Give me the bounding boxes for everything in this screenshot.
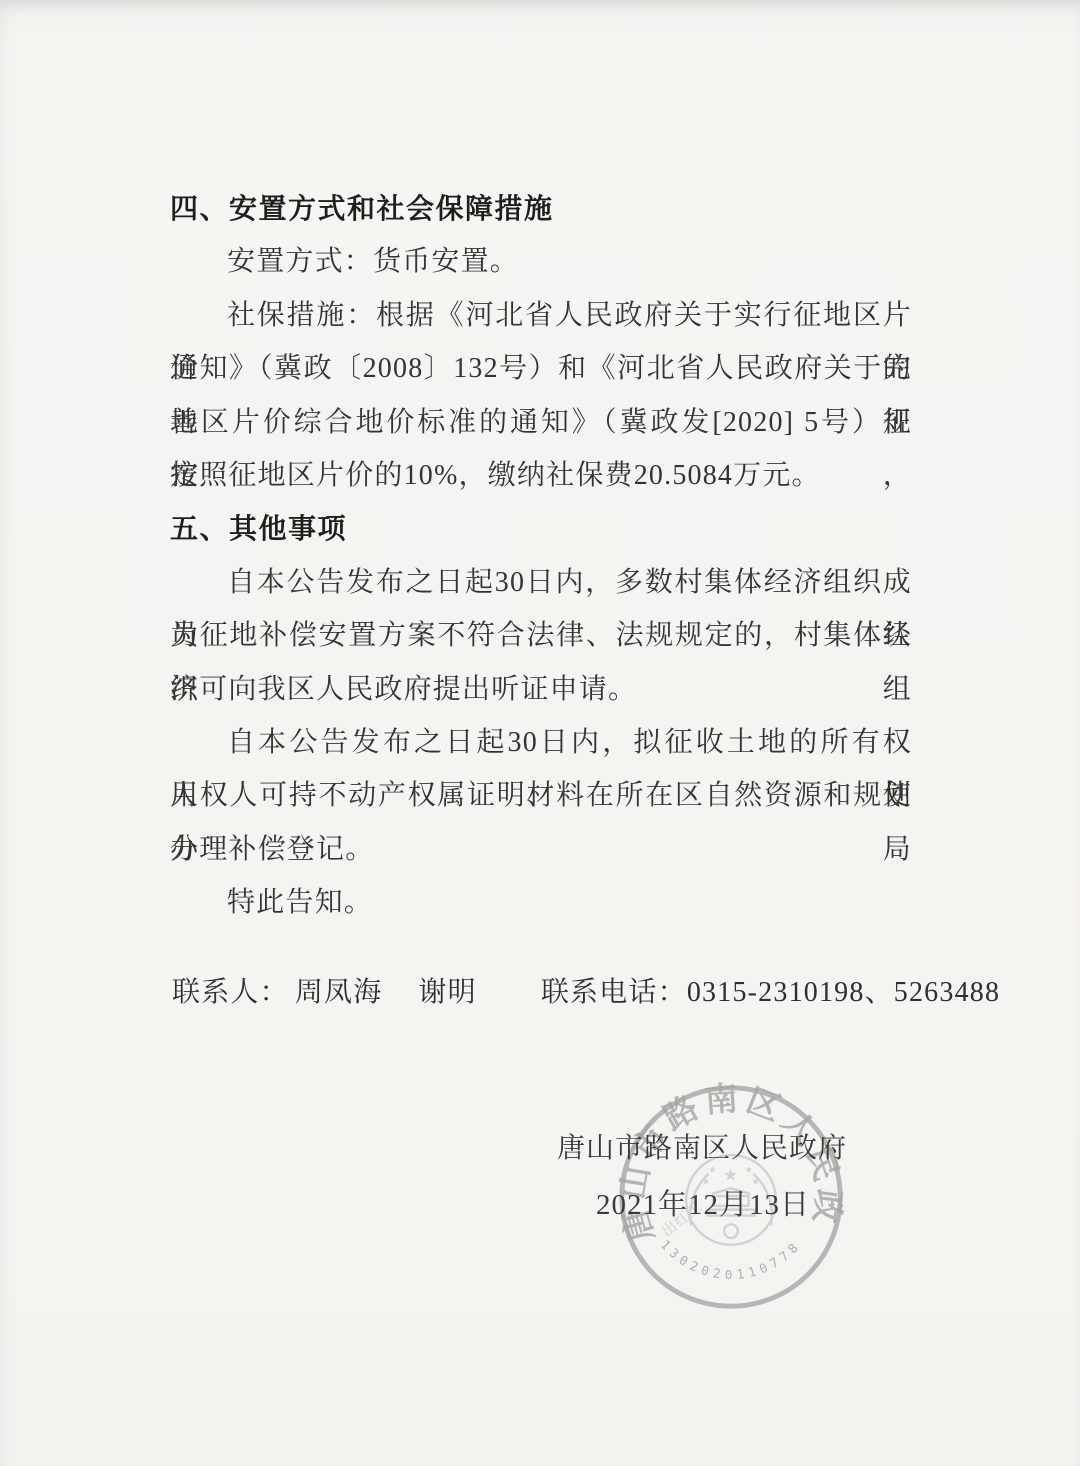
document-body: 四、安置方式和社会保障措施 安置方式：货币安置。 社保措施：根据《河北省人民政府… xyxy=(170,182,912,929)
contact-person-1: 周凤海 xyxy=(295,977,383,1008)
signature-issuer: 唐山市路南区人民政府 xyxy=(557,1126,847,1166)
signature-date: 2021年12月13日 xyxy=(596,1182,810,1223)
paragraph-line: 用权人可持不动产权属证明材料在所在区自然资源和规划分局 xyxy=(170,769,912,822)
contact-person-label: 联系人： xyxy=(172,977,289,1008)
closing-line: 特此告知。 xyxy=(170,876,912,929)
contact-person-2: 谢明 xyxy=(418,977,476,1008)
contact-phone-label: 联系电话： xyxy=(541,977,687,1008)
paragraph-line: 按照征地区片价的10%，缴纳社保费20.5084万元。 xyxy=(170,449,912,502)
document-page: 四、安置方式和社会保障措施 安置方式：货币安置。 社保措施：根据《河北省人民政府… xyxy=(0,0,1080,1466)
paragraph-line: 安置方式：货币安置。 xyxy=(170,235,912,288)
contact-phone-numbers: 0315-2310198、5263488 xyxy=(687,977,1000,1008)
section-heading-5: 五、其他事项 xyxy=(170,502,912,555)
paragraph-line: 地区片价综合地价标准的通知》（冀政发[2020] 5号）规定， xyxy=(170,396,912,449)
svg-text:★: ★ xyxy=(709,1165,717,1175)
section-heading-4: 四、安置方式和社会保障措施 xyxy=(170,182,912,235)
paragraph-line: 通知》（冀政〔2008〕132号）和《河北省人民政府关于完善征 xyxy=(170,342,912,395)
paragraph-line: 为征地补偿安置方案不符合法律、法规规定的，村集体经济组 xyxy=(170,609,912,662)
paragraph-line: 自本公告发布之日起30日内，拟征收土地的所有权人、使 xyxy=(170,716,912,769)
paragraph-line: 社保措施：根据《河北省人民政府关于实行征地区片价的 xyxy=(170,289,912,342)
paragraph-line: 自本公告发布之日起30日内，多数村集体经济组织成员认 xyxy=(170,556,912,609)
svg-text:★: ★ xyxy=(745,1165,753,1175)
contact-line: 联系人：周凤海谢明联系电话：0315-2310198、5263488 xyxy=(172,966,932,1019)
